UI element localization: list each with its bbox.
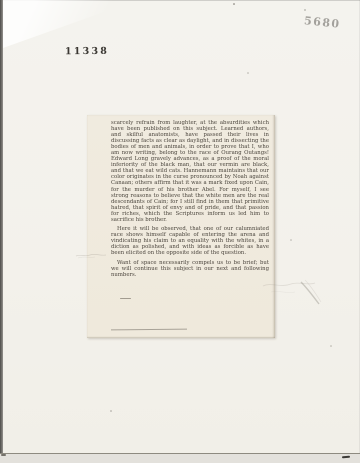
- scanned-page: 5680 11338 scarcely refrain from laughte…: [3, 0, 360, 453]
- dust-speck: [304, 9, 306, 11]
- dust-speck: [330, 345, 332, 347]
- dust-speck: [233, 3, 235, 5]
- pen-dash-mark: [1, 454, 6, 456]
- scanned-document: 5680 11338 scarcely refrain from laughte…: [0, 0, 360, 463]
- pencil-correction-mark: [120, 298, 131, 299]
- catalog-number-stamp: 11338: [65, 46, 109, 57]
- news-clipping: scarcely refrain from laughter, at the a…: [87, 115, 275, 338]
- clipping-paragraph: Want of space necessarily compels us to …: [111, 260, 269, 278]
- pencil-smudge: [261, 270, 331, 306]
- clipping-text-column: scarcely refrain from laughter, at the a…: [111, 120, 269, 278]
- page-corner-sheen: [3, 0, 138, 48]
- pencil-underline-mark: [111, 329, 187, 331]
- dust-speck: [247, 72, 249, 74]
- scan-left-edge: [0, 0, 3, 453]
- dust-speck: [110, 410, 112, 412]
- clipping-paragraph: scarcely refrain from laughter, at the a…: [111, 120, 269, 223]
- scan-bottom-strip: [0, 453, 360, 463]
- clipping-paragraph: Here it will be observed, that one of ou…: [111, 226, 269, 256]
- dust-speck: [290, 239, 292, 241]
- accession-number-stamp: 5680: [303, 14, 341, 31]
- pencil-smudge: [75, 252, 107, 259]
